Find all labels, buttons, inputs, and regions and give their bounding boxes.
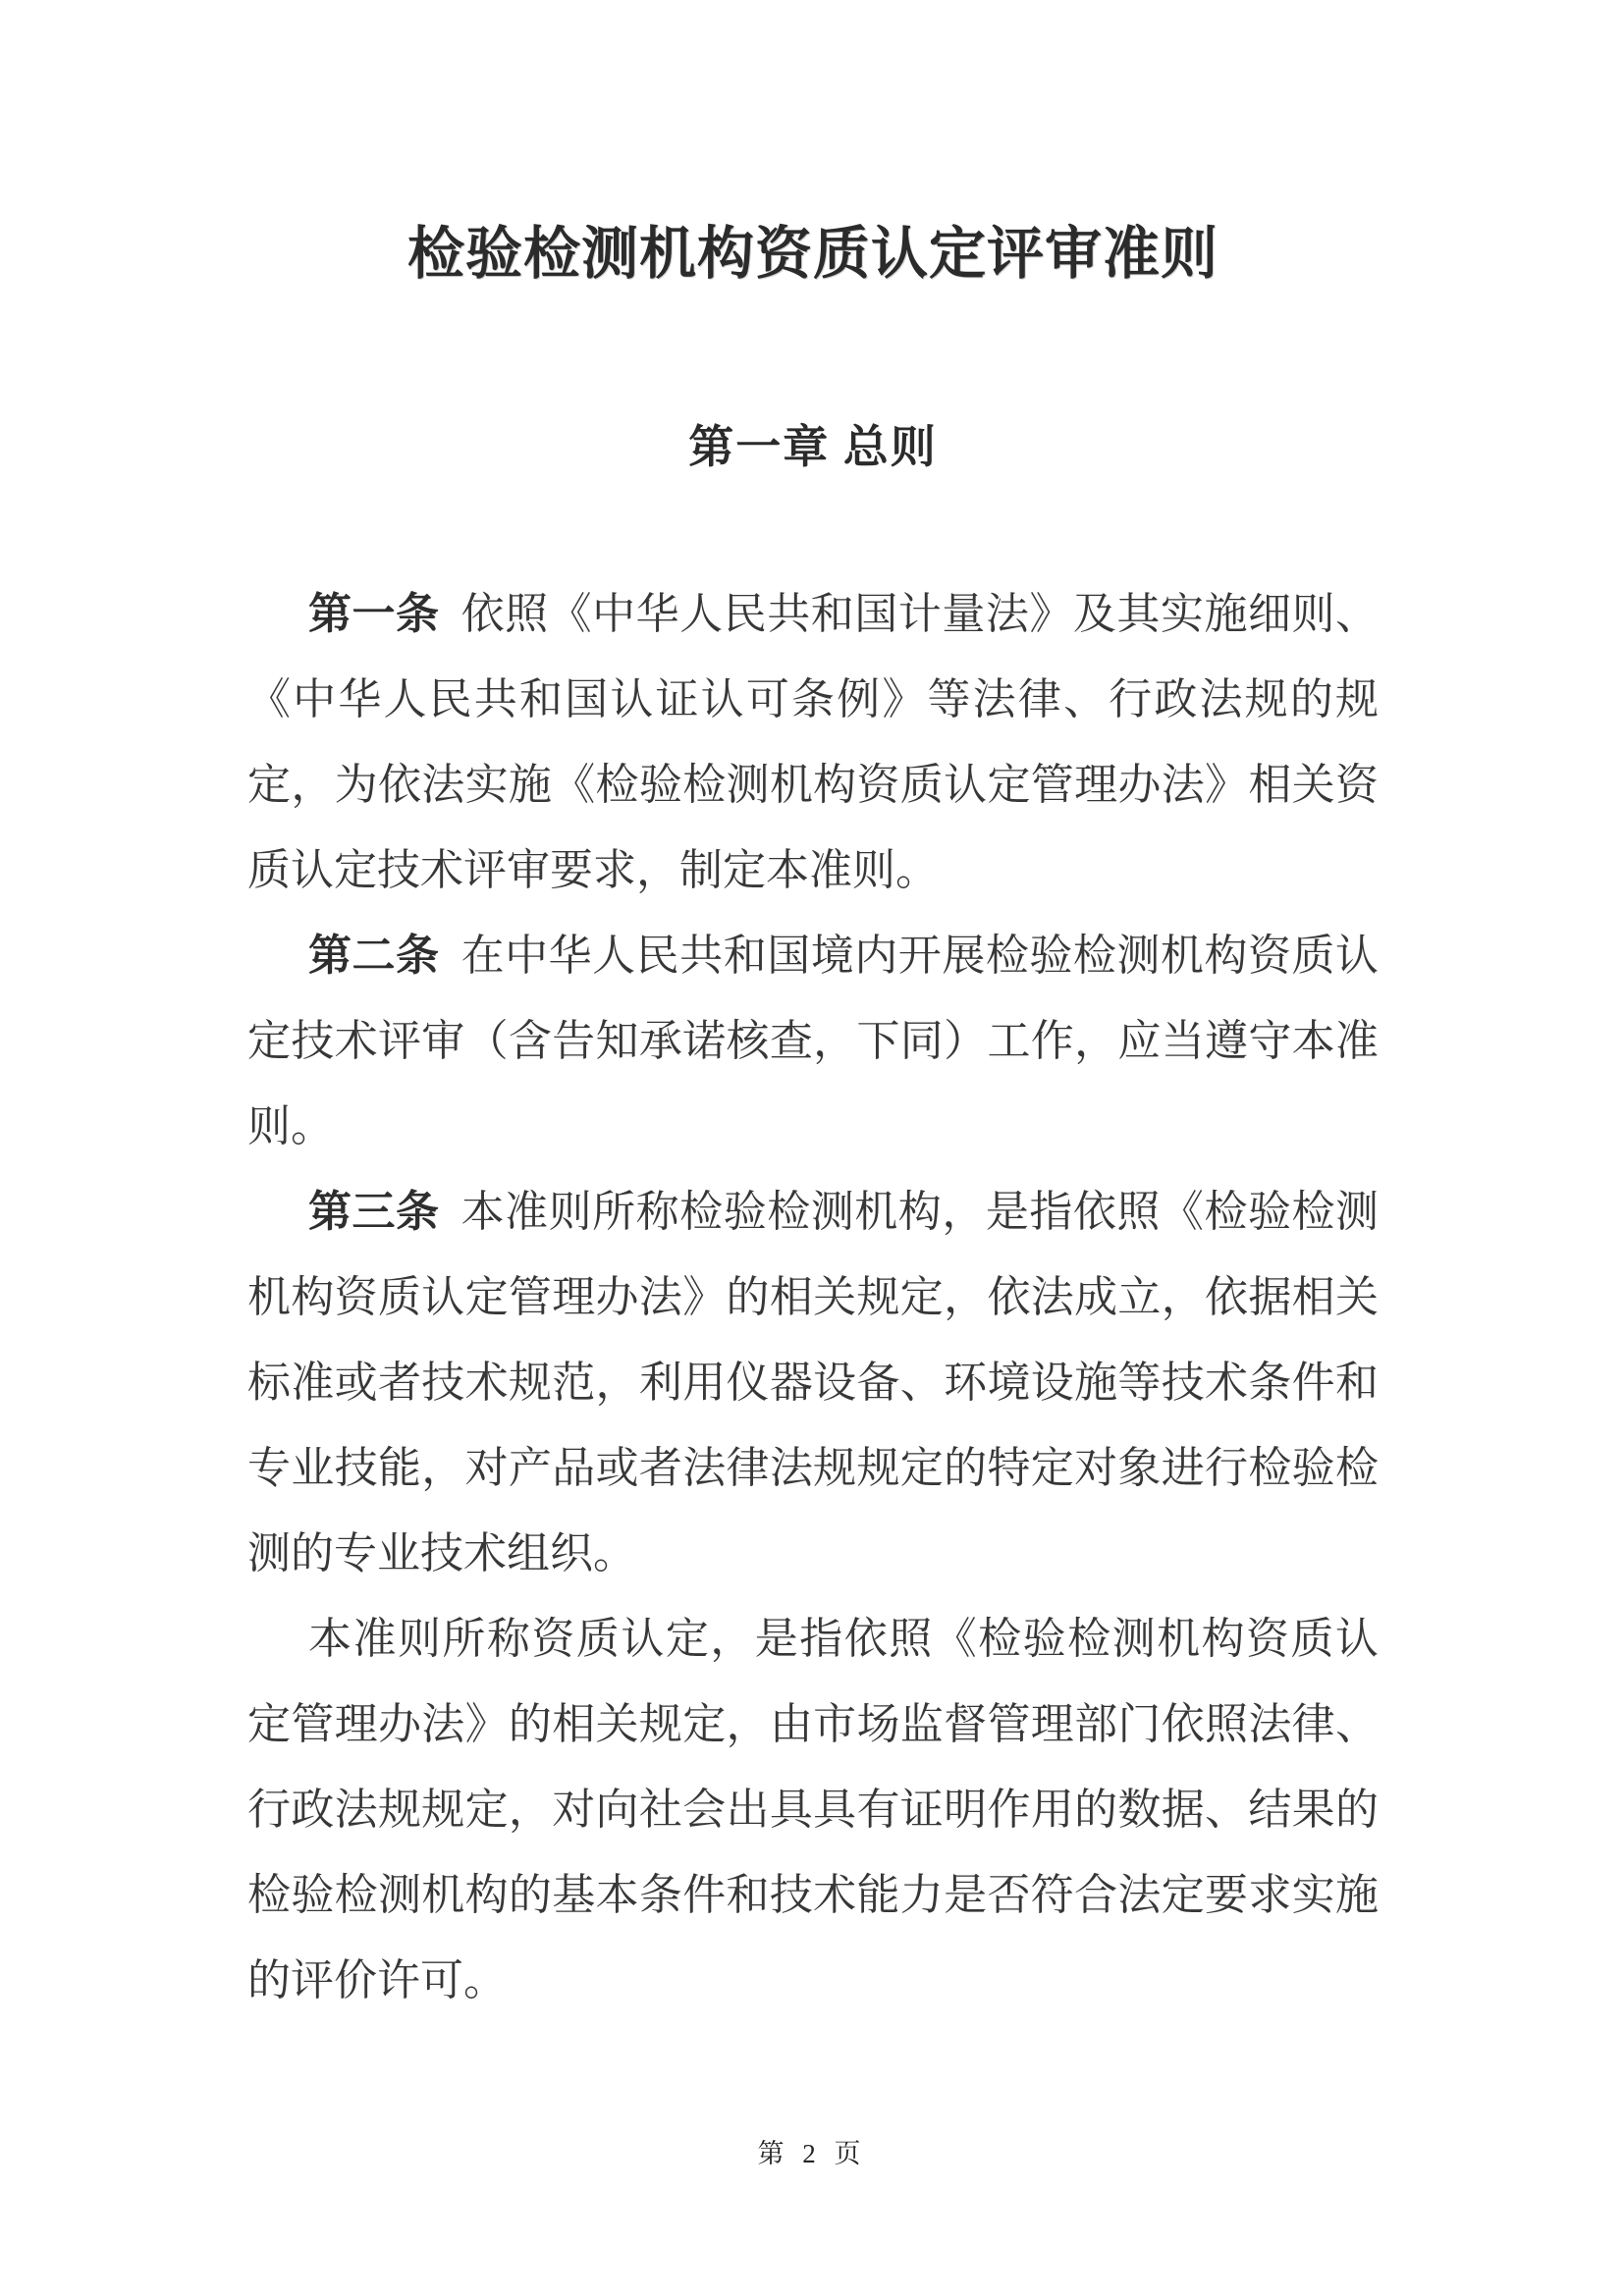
paragraph: 第一条依照《中华人民共和国计量法》及其实施细则、《中华人民共和国认证认可条例》等… <box>247 571 1379 913</box>
page-number: 第 2 页 <box>0 2132 1624 2170</box>
chapter-heading: 第一章 总则 <box>247 422 1379 473</box>
paragraph: 第三条本准则所称检验检测机构，是指依照《检验检测机构资质认定管理办法》的相关规定… <box>247 1169 1379 1596</box>
document-title: 检验检测机构资质认定评审准则 <box>247 222 1379 287</box>
article-number: 第三条 <box>308 1188 440 1236</box>
document-page: 检验检测机构资质认定评审准则 第一章 总则 第一条依照《中华人民共和国计量法》及… <box>0 0 1624 2296</box>
article-number: 第一条 <box>308 590 440 638</box>
paragraph-text: 本准则所称资质认定，是指依照《检验检测机构资质认定管理办法》的相关规定，由市场监… <box>247 1615 1379 2004</box>
paragraph-text: 本准则所称检验检测机构，是指依照《检验检测机构资质认定管理办法》的相关规定，依法… <box>247 1188 1379 1577</box>
paragraph: 第二条在中华人民共和国境内开展检验检测机构资质认定技术评审（含告知承诺核查，下同… <box>247 913 1379 1169</box>
document-body: 第一条依照《中华人民共和国计量法》及其实施细则、《中华人民共和国认证认可条例》等… <box>247 571 1379 2023</box>
article-number: 第二条 <box>308 932 440 980</box>
paragraph: 本准则所称资质认定，是指依照《检验检测机构资质认定管理办法》的相关规定，由市场监… <box>247 1596 1379 2023</box>
